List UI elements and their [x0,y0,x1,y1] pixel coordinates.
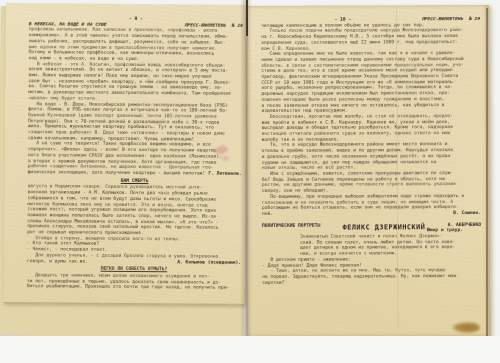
pink-stain-small [222,156,229,161]
text-segment: физическая экспедиция, зато получение кв… [28,170,205,177]
right-page: - 10 -ПРЕСС-БЮЛЛЕТЕНЬ № 29читающую компе… [246,5,490,337]
text-segment: А. Копылов (псевдоним). [177,260,241,266]
text-line: биться реабилитации. Произошло это почти… [27,285,241,292]
signature-line: говоря, и думы так же.А. Копылов (псевдо… [27,259,241,266]
text-segment: Г. Литвинов. [208,172,241,178]
left-page: - 9 -В НЕБЕСАХ, НА ВОДЕ И НА СУШЕПРЕСС-Б… [4,3,247,305]
right-page-edge [486,8,488,336]
center-fold-shadow [240,0,252,338]
scanned-document-spread: - 9 -В НЕБЕСАХ, НА ВОДЕ И НА СУШЕПРЕСС-Б… [0,0,500,363]
brown-stain [452,322,480,333]
scanner-background [0,336,500,363]
left-page-text: - 9 -В НЕБЕСАХ, НА ВОДЕ И НА СУШЕПРЕСС-Б… [27,16,243,292]
text-line: сиротки? [262,280,481,287]
right-page-text: - 10 -ПРЕСС-БЮЛЛЕТЕНЬ № 29читающую компе… [261,17,481,286]
text-segment: говоря, и думы так же. [27,259,88,265]
center-fold-edge [246,0,248,36]
signature-line: физическая экспедиция, зато получение кв… [28,170,242,177]
